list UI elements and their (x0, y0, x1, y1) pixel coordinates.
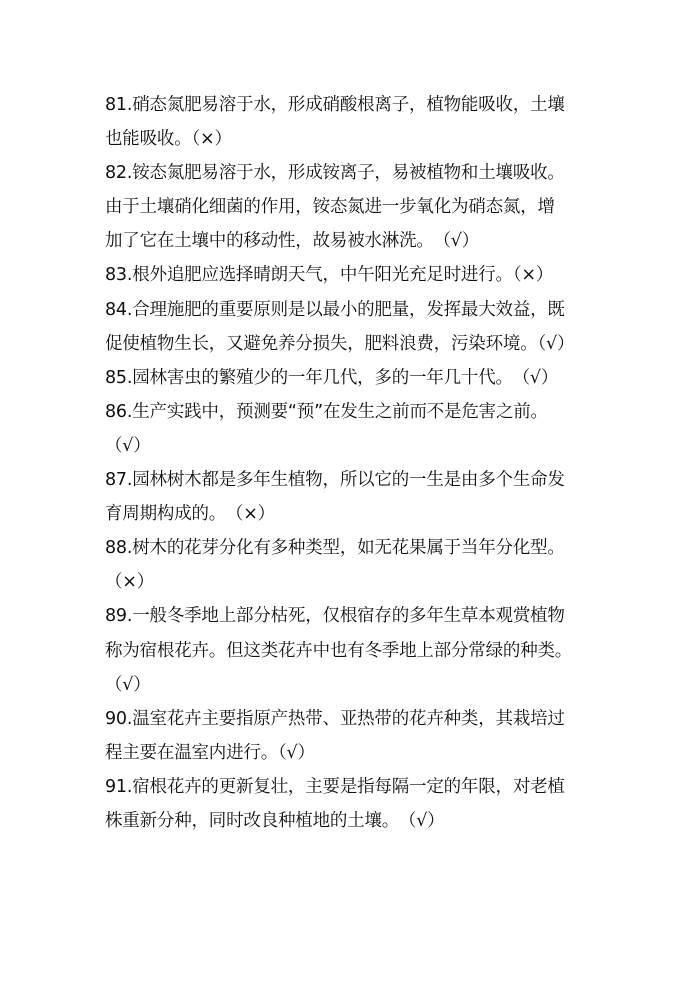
question-91-line-2: 株重新分种，同时改良种植地的土壤。 （√） (105, 804, 605, 838)
question-88-line-2: （×） (105, 565, 605, 599)
question-87-line-1: 87.园林树木都是多年生植物，所以它的一生是由多个生命发 (105, 463, 605, 497)
question-85-line-1: 85.园林害虫的繁殖少的一年几代，多的一年几十代。 （√） (105, 361, 605, 395)
document-page: 81.硝态氮肥易溶于水，形成硝酸根离子，植物能吸收，土壤 也能吸收。（×） 82… (105, 88, 605, 838)
question-89-line-1: 89.一般冬季地上部分枯死，仅根宿存的多年生草本观赏植物 (105, 599, 605, 633)
question-88-line-1: 88.树木的花芽分化有多种类型，如无花果属于当年分化型。 (105, 531, 605, 565)
question-90-line-2: 程主要在温室内进行。（√） (105, 736, 605, 770)
question-91-line-1: 91.宿根花卉的更新复壮，主要是指每隔一定的年限，对老植 (105, 770, 605, 804)
question-89-line-3: （√） (105, 668, 605, 702)
question-82-line-1: 82.铵态氮肥易溶于水，形成铵离子，易被植物和土壤吸收。 (105, 156, 605, 190)
question-84-line-2: 促使植物生长，又避免养分损失，肥料浪费，污染环境。（√） (105, 327, 605, 361)
question-86-line-1: 86.生产实践中，预测要“预”在发生之前而不是危害之前。 (105, 395, 605, 429)
question-81-line-1: 81.硝态氮肥易溶于水，形成硝酸根离子，植物能吸收，土壤 (105, 88, 605, 122)
question-83-line-1: 83.根外追肥应选择晴朗天气，中午阳光充足时进行。（×） (105, 258, 605, 292)
question-82-line-2: 由于土壤硝化细菌的作用，铵态氮进一步氧化为硝态氮，增 (105, 190, 605, 224)
question-86-line-2: （√） (105, 429, 605, 463)
question-81-line-2: 也能吸收。（×） (105, 122, 605, 156)
question-89-line-2: 称为宿根花卉。但这类花卉中也有冬季地上部分常绿的种类。 (105, 634, 605, 668)
question-84-line-1: 84.合理施肥的重要原则是以最小的肥量，发挥最大效益，既 (105, 293, 605, 327)
question-90-line-1: 90.温室花卉主要指原产热带、亚热带的花卉种类，其栽培过 (105, 702, 605, 736)
question-87-line-2: 育周期构成的。 （×） (105, 497, 605, 531)
question-82-line-3: 加了它在土壤中的移动性，故易被水淋洗。 （√） (105, 224, 605, 258)
